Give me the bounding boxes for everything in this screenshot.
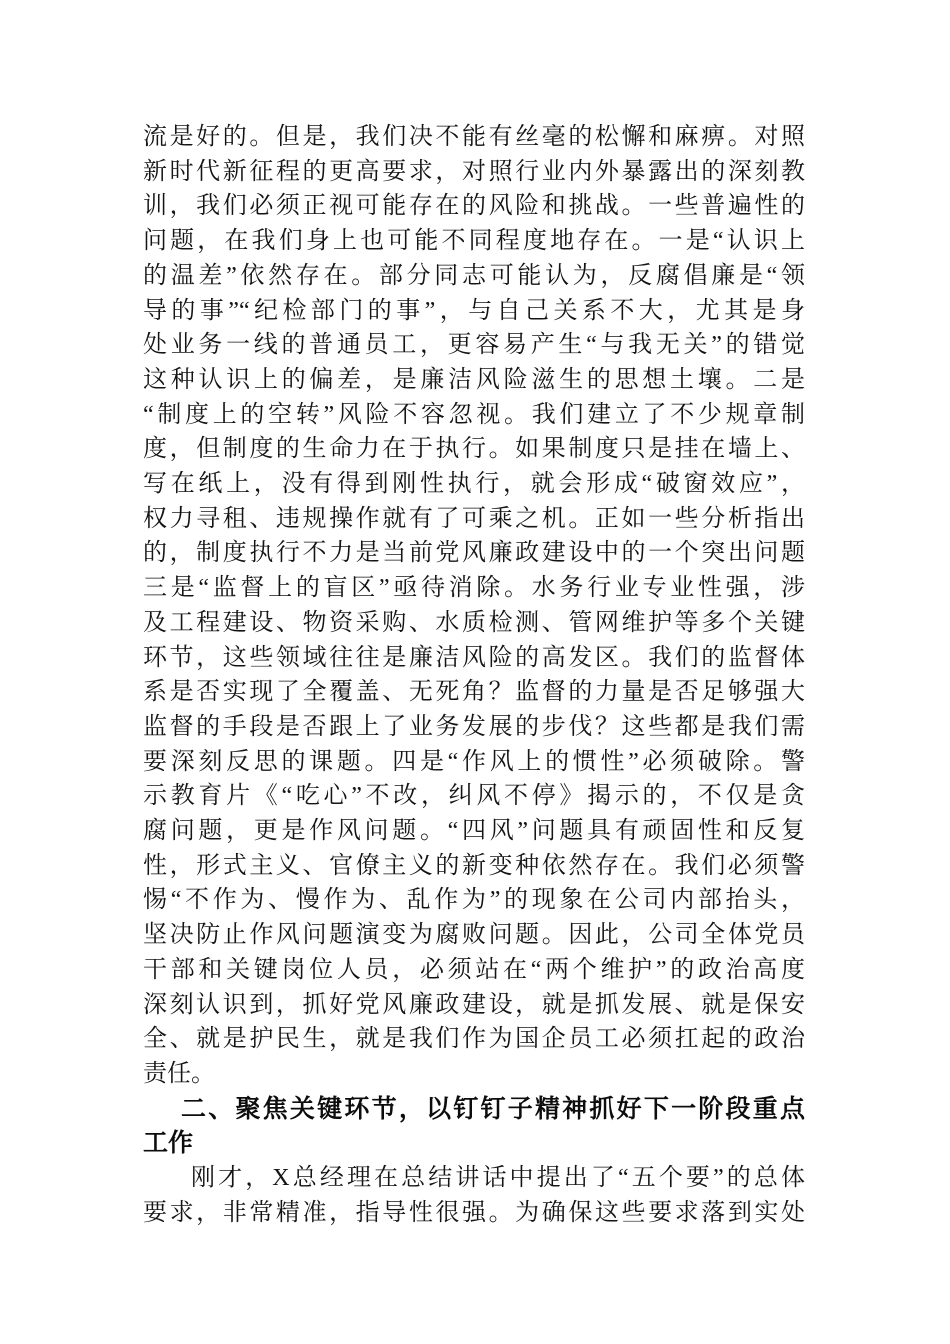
section-heading: 二、聚焦关键环节，以钉钉子精神抓好下一阶段重点 工作 xyxy=(143,1092,805,1161)
text-line: 流是好的。但是，我们决不能有丝毫的松懈和麻痹。对照 xyxy=(143,120,805,155)
text-line: “制度上的空转”风险不容忽视。我们建立了不少规章制 xyxy=(143,398,805,433)
text-line: 度，但制度的生命力在于执行。如果制度只是挂在墙上、 xyxy=(143,432,805,467)
text-line: 导的事”“纪检部门的事”，与自己关系不大，尤其是身 xyxy=(143,294,805,329)
text-line: 全、就是护民生，就是我们作为国企员工必须扛起的政治 xyxy=(143,1022,805,1057)
text-line: 性，形式主义、官僚主义的新变种依然存在。我们必须警 xyxy=(143,849,805,884)
document-page: 流是好的。但是，我们决不能有丝毫的松懈和麻痹。对照 新时代新征程的更高要求，对照… xyxy=(0,0,950,1344)
text-line: 三是“监督上的盲区”亟待消除。水务行业专业性强，涉 xyxy=(143,571,805,606)
text-line: 要求，非常精准，指导性很强。为确保这些要求落到实处 xyxy=(143,1196,805,1231)
text-line: 监督的手段是否跟上了业务发展的步伐？这些都是我们需 xyxy=(143,710,805,745)
text-line: 写在纸上，没有得到刚性执行，就会形成“破窗效应”， xyxy=(143,467,805,502)
text-line: 新时代新征程的更高要求，对照行业内外暴露出的深刻教 xyxy=(143,155,805,190)
section-heading-line: 工作 xyxy=(143,1126,805,1161)
text-line: 坚决防止作风问题演变为腐败问题。因此，公司全体党员 xyxy=(143,918,805,953)
text-column: 流是好的。但是，我们决不能有丝毫的松懈和麻痹。对照 新时代新征程的更高要求，对照… xyxy=(143,120,805,1231)
text-line: 的温差”依然存在。部分同志可能认为，反腐倡廉是“领 xyxy=(143,259,805,294)
text-line: 干部和关键岗位人员，必须站在“两个维护”的政治高度 xyxy=(143,953,805,988)
text-line: 这种认识上的偏差，是廉洁风险滋生的思想土壤。二是 xyxy=(143,363,805,398)
text-line: 的，制度执行不力是当前党风廉政建设中的一个突出问题 xyxy=(143,536,805,571)
text-line: 示教育片《“吃心”不改，纠风不停》揭示的，不仅是贪 xyxy=(143,779,805,814)
text-line: 深刻认识到，抓好党风廉政建设，就是抓发展、就是保安 xyxy=(143,988,805,1023)
text-line: 权力寻租、违规操作就有了可乘之机。正如一些分析指出 xyxy=(143,502,805,537)
text-line: 刚才，X总经理在总结讲话中提出了“五个要”的总体 xyxy=(143,1161,805,1196)
text-line: 惕“不作为、慢作为、乱作为”的现象在公司内部抬头， xyxy=(143,883,805,918)
text-line: 要深刻反思的课题。四是“作风上的惯性”必须破除。警 xyxy=(143,745,805,780)
text-line: 系是否实现了全覆盖、无死角？监督的力量是否足够强大 xyxy=(143,675,805,710)
paragraph-next: 刚才，X总经理在总结讲话中提出了“五个要”的总体 要求，非常精准，指导性很强。为… xyxy=(143,1161,805,1230)
text-line: 训，我们必须正视可能存在的风险和挑战。一些普遍性的 xyxy=(143,189,805,224)
text-line: 腐问题，更是作风问题。“四风”问题具有顽固性和反复 xyxy=(143,814,805,849)
section-heading-line: 二、聚焦关键环节，以钉钉子精神抓好下一阶段重点 xyxy=(143,1092,805,1127)
text-line: 责任。 xyxy=(143,1057,805,1092)
text-line: 处业务一线的普通员工，更容易产生“与我无关”的错觉 xyxy=(143,328,805,363)
paragraph-continuation: 流是好的。但是，我们决不能有丝毫的松懈和麻痹。对照 新时代新征程的更高要求，对照… xyxy=(143,120,805,1092)
text-line: 环节，这些领域往往是廉洁风险的高发区。我们的监督体 xyxy=(143,641,805,676)
text-line: 及工程建设、物资采购、水质检测、管网维护等多个关键 xyxy=(143,606,805,641)
text-line: 问题，在我们身上也可能不同程度地存在。一是“认识上 xyxy=(143,224,805,259)
